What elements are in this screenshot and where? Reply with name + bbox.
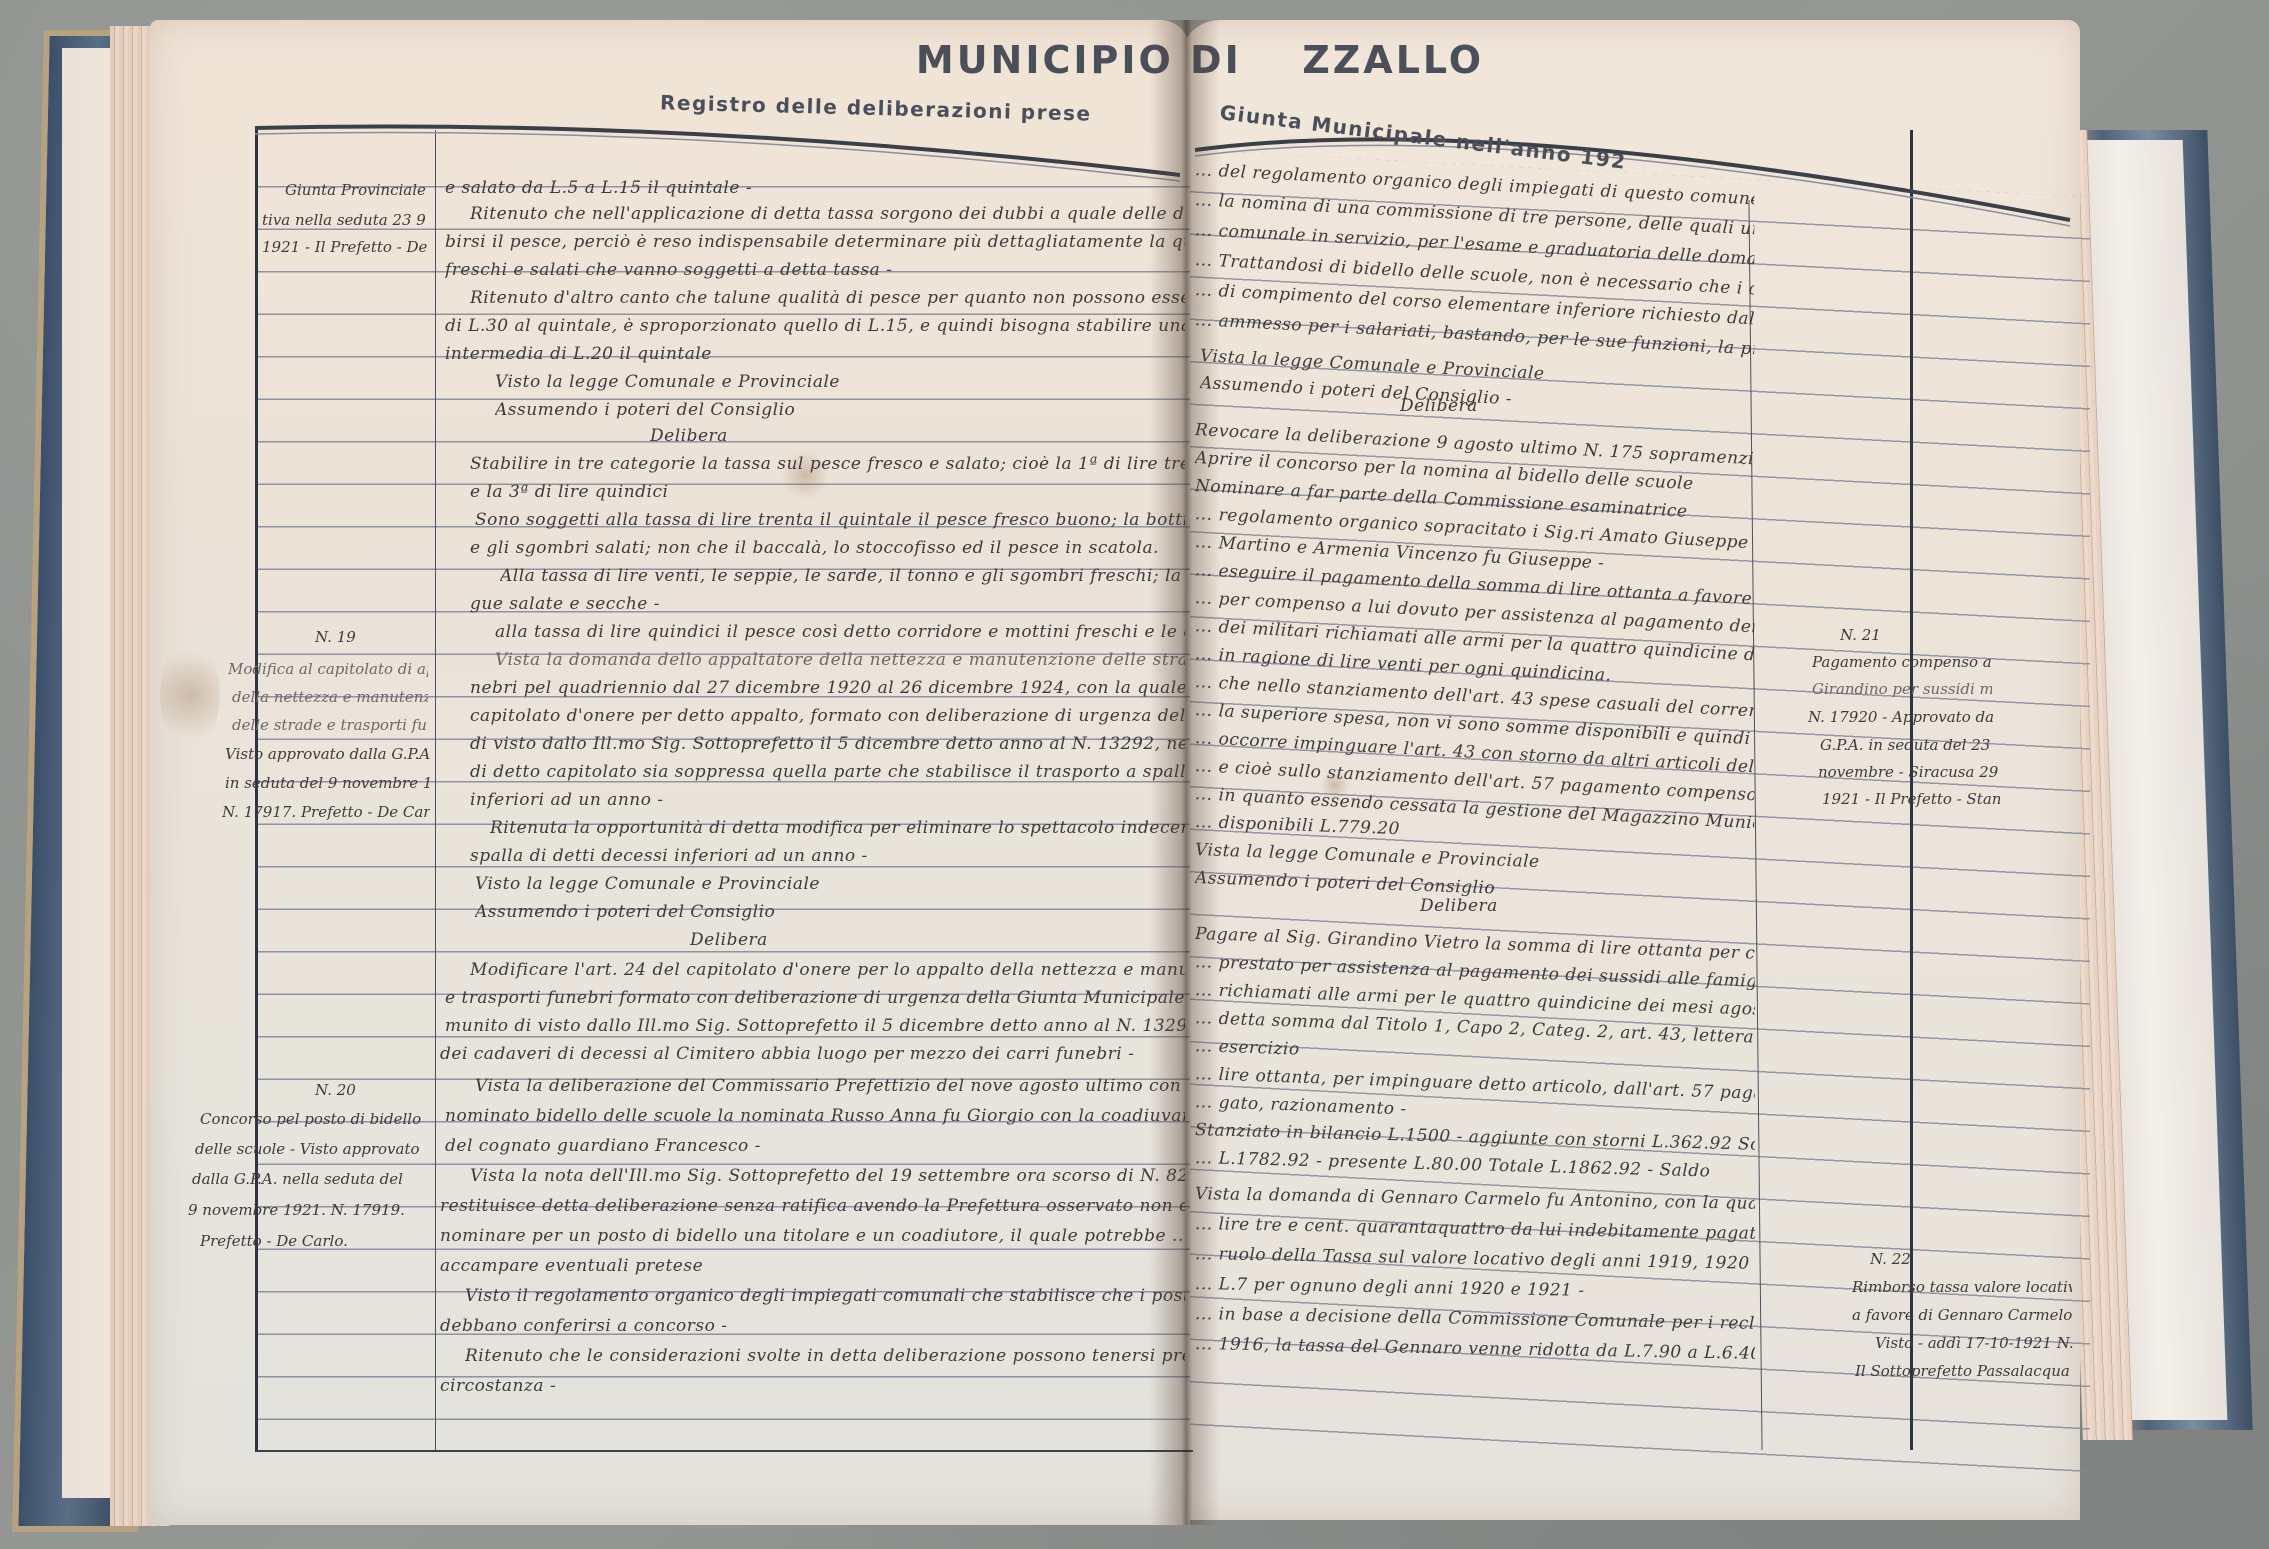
- margin-line: G.P.A. in seduta del 23: [1820, 738, 1995, 753]
- body-line: [1195, 1372, 1755, 1382]
- margin-line: 1921 - Il Prefetto - Stano: [1822, 792, 2000, 807]
- margin-line: Visto - addì 17-10-1921 N. 9077: [1875, 1336, 2075, 1351]
- margin-line: a favore di Gennaro Carmelo: [1852, 1308, 2072, 1323]
- margin-line: Rimborso tassa valore locativo: [1852, 1280, 2072, 1295]
- body-line: ... L.1782.92 - presente L.80.00 Totale …: [1195, 1150, 1755, 1182]
- body-line: ... L.7 per ognuno degli anni 1920 e 192…: [1195, 1276, 1755, 1303]
- margin-line: novembre - Siracusa 29-11-: [1818, 765, 1998, 780]
- margin-line: Il Sottoprefetto Passalacqua: [1855, 1364, 2075, 1379]
- body-line: ... 1916, la tassa del Gennaro venne rid…: [1195, 1336, 1755, 1363]
- margin-line: Pagamento compenso al: [1812, 655, 1992, 670]
- delibera-heading: Delibera: [1400, 398, 1478, 415]
- body-line: ... lire tre e cent. quarantaquattro da …: [1195, 1216, 1755, 1243]
- body-line: ... in base a decisione della Commission…: [1195, 1306, 1755, 1333]
- body-line: Assumendo i poteri del Consiglio: [1195, 870, 1595, 901]
- body-line: ... ruolo della Tassa sul valore locativ…: [1195, 1246, 1755, 1273]
- body-line: Vista la domanda di Gennaro Carmelo fu A…: [1195, 1186, 1755, 1213]
- book-gutter: [1150, 20, 1220, 1525]
- entry-number: N. 22: [1870, 1252, 1911, 1267]
- margin-line: Girandino per sussidi militari.: [1812, 682, 1992, 697]
- delibera-heading: Delibera: [1420, 898, 1498, 915]
- entry-number: N. 21: [1840, 628, 1881, 643]
- margin-line: N. 17920 - Approvato dalla: [1808, 710, 1993, 725]
- body-line: Vista la legge Comunale e Provinciale: [1195, 842, 1595, 873]
